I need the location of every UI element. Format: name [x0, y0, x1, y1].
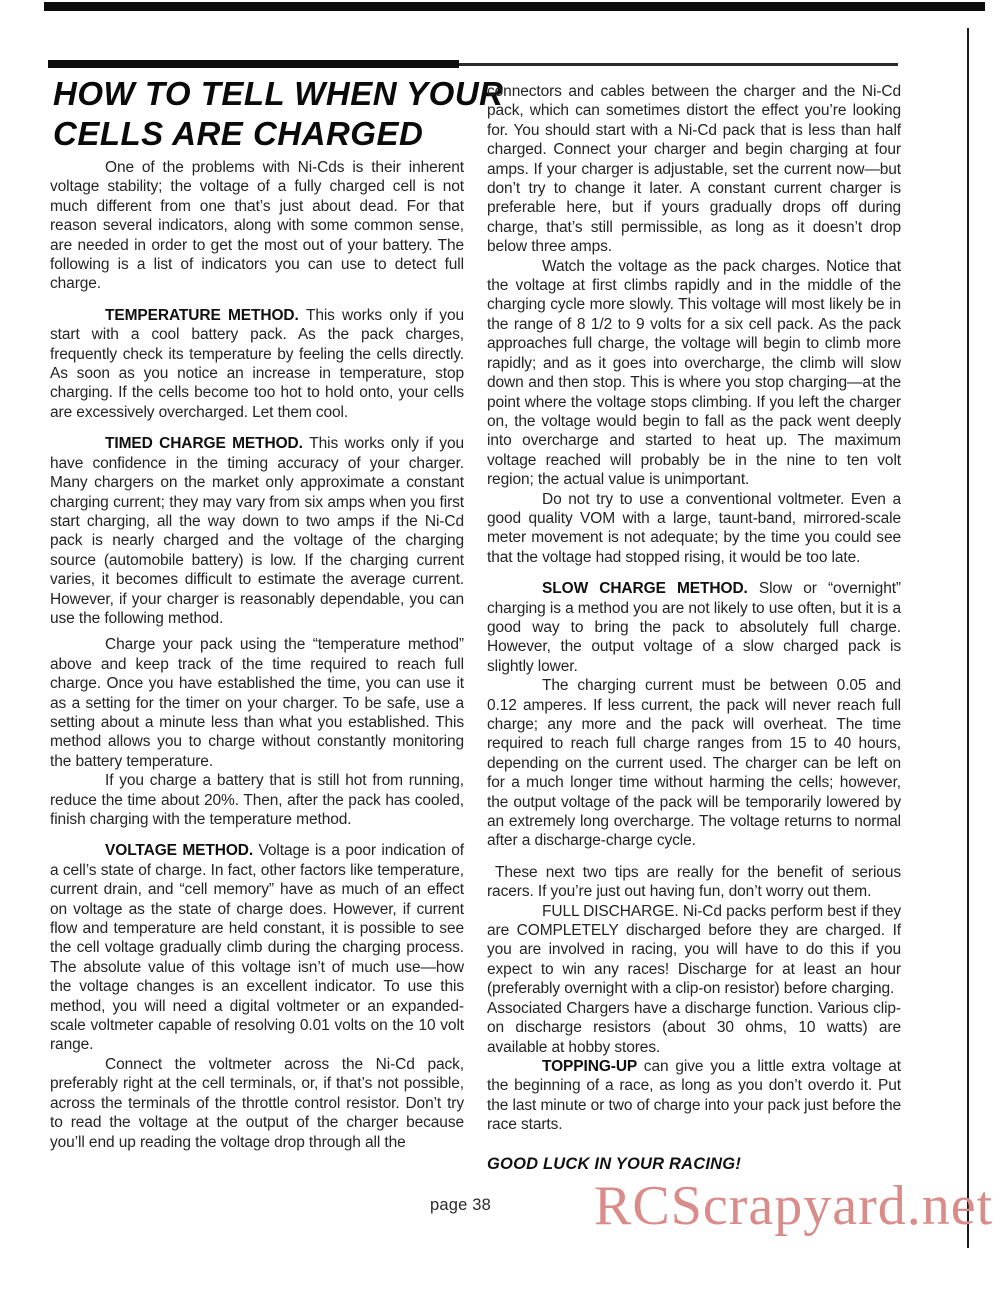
body-paragraph: Do not try to use a conventional voltmet… [487, 490, 901, 568]
body-paragraph: If you charge a battery that is still ho… [50, 771, 464, 829]
page-number: page 38 [430, 1196, 491, 1215]
body-paragraph: Charge your pack using the “temperature … [50, 635, 464, 771]
paragraph-lead: SLOW CHARGE METHOD. [542, 580, 759, 597]
body-paragraph: TIMED CHARGE METHOD. This works only if … [50, 434, 464, 628]
paragraph-lead: TIMED CHARGE METHOD. [105, 435, 309, 452]
right-edge-rule [967, 28, 969, 1248]
page-title-line-1: HOW TO TELL WHEN YOUR [53, 74, 504, 114]
body-paragraph: One of the problems with Ni-Cds is their… [50, 158, 464, 294]
paragraph-lead: TOPPING-UP [542, 1058, 644, 1075]
body-paragraph: FULL DISCHARGE. Ni-Cd packs perform best… [487, 902, 901, 999]
top-rule-bar [44, 2, 985, 11]
page-title: HOW TO TELL WHEN YOUR CELLS ARE CHARGED [53, 74, 504, 154]
paragraph-lead: TEMPERATURE METHOD. [105, 307, 306, 324]
body-paragraph: connectors and cables between the charge… [487, 82, 901, 257]
closing-line: GOOD LUCK IN YOUR RACING! [487, 1155, 901, 1174]
title-rule-thick [48, 60, 459, 68]
page-title-line-2: CELLS ARE CHARGED [53, 114, 504, 154]
right-column: connectors and cables between the charge… [487, 82, 901, 1174]
body-paragraph: The charging current must be between 0.0… [487, 676, 901, 851]
watermark-text: RCScrapyard.net [594, 1176, 993, 1236]
body-paragraph: Watch the voltage as the pack charges. N… [487, 257, 901, 490]
body-paragraph: Connect the voltmeter across the Ni-Cd p… [50, 1055, 464, 1152]
body-paragraph: VOLTAGE METHOD. Voltage is a poor indica… [50, 841, 464, 1054]
body-paragraph: Associated Chargers have a discharge fun… [487, 999, 901, 1057]
body-paragraph: SLOW CHARGE METHOD. Slow or “overnight” … [487, 579, 901, 676]
left-column: One of the problems with Ni-Cds is their… [50, 158, 464, 1152]
paragraph-lead: VOLTAGE METHOD. [105, 842, 259, 859]
scanned-manual-page: HOW TO TELL WHEN YOUR CELLS ARE CHARGED … [0, 0, 1000, 1294]
body-paragraph: TEMPERATURE METHOD. This works only if y… [50, 306, 464, 422]
paragraph-lead: FULL DISCHARGE. [542, 903, 683, 920]
body-paragraph: These next two tips are really for the b… [487, 863, 901, 902]
body-paragraph: TOPPING-UP can give you a little extra v… [487, 1057, 901, 1135]
title-rule-thin [459, 63, 898, 66]
